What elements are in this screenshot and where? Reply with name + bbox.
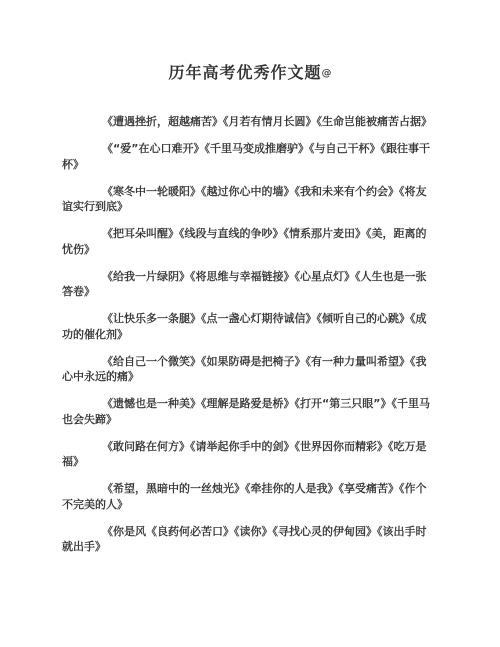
essay-title-paragraph: 《你是风《良药何必苦口》《读你》《寻找心灵的伊甸园》《该出手时就出手》 [62, 524, 434, 555]
essay-title-paragraph: 《寒冬中一轮暖阳》《越过你心中的墙》《我和未来有个约会》《将友谊实行到底》 [62, 184, 434, 215]
essay-title-paragraph: 《让快乐多一条腿》《点一盏心灯期待诚信》《倾听自己的心跳》《成功的催化剂》 [62, 311, 434, 342]
document-page: 历年高考优秀作文题@ 《遭遇挫折，超越痛苦》《月若有情月长圆》《生命岂能被痛苦占… [0, 0, 500, 647]
essay-title-paragraph: 《给自己一个微笑》《如果防碍是把椅子》《有一种力量叫希望》《我心中永远的痛》 [62, 354, 434, 385]
page-title-text: 历年高考优秀作文题 [168, 63, 321, 82]
essay-title-paragraph: 《遗憾也是一种美》《理解是路爱是桥》《打开“第三只眼”》《千里马也会失蹄》 [62, 396, 434, 427]
essay-title-paragraph: 《“爱”在心口难开》《千里马变成推磨驴》《与自己干杯》《跟往事干杯》 [62, 141, 434, 172]
essay-title-paragraph: 《把耳朵叫醒》《线段与直线的争吵》《情系那片麦田》《美，距离的忧伤》 [62, 226, 434, 257]
essay-title-list: 《遭遇挫折，超越痛苦》《月若有情月长圆》《生命岂能被痛苦占据》《“爱”在心口难开… [62, 114, 434, 555]
essay-title-paragraph: 《遭遇挫折，超越痛苦》《月若有情月长圆》《生命岂能被痛苦占据》 [62, 114, 434, 130]
page-title: 历年高考优秀作文题@ [0, 63, 500, 84]
title-annotation-mark: @ [322, 68, 332, 79]
essay-title-paragraph: 《给我一片绿阴》《将思维与幸福链接》《心星点灯》《人生也是一张答卷》 [62, 269, 434, 300]
essay-title-paragraph: 《希望，黑暗中的一丝烛光》《牵挂你的人是我》《享受痛苦》《作个不完美的人》 [62, 481, 434, 512]
essay-title-paragraph: 《敢问路在何方》《请举起你手中的剑》《世界因你而精彩》《吃万是福》 [62, 439, 434, 470]
